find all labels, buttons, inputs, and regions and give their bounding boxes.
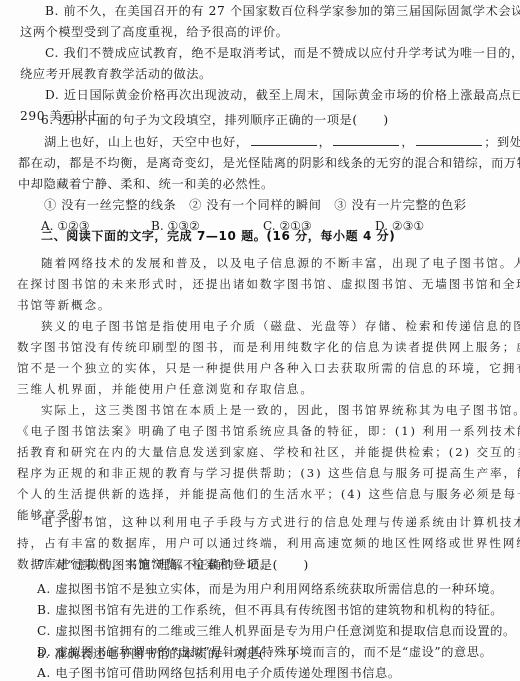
reading-p1-line1: 随着网络技术的发展和普及，以及电子信息源的不断丰富，出现了电子图书馆。人们: [41, 255, 520, 271]
reading-p2-line2: 数字图书馆没有传统印刷型的图书，而是利用纯数字化的信息为读者提供网上服务；虚拟图…: [17, 339, 520, 355]
q7-stem: 7. 对“虚拟的图书馆”理解不正确的一项是( ): [37, 557, 309, 573]
q5-option-c-line2: 绕应考开展教育教学活动的做法。: [20, 66, 212, 82]
section-heading: 二、阅读下面的文字，完成 7—10 题。(16 分，每小题 4 分): [41, 228, 395, 244]
q6-passage-line1: 湖上也好，山上也好，天空中也好，，，；到处: [44, 134, 520, 150]
q6-sentences: ① 没有一丝完整的线条 ② 没有一个同样的瞬间 ③ 没有一片完整的色彩: [44, 197, 467, 213]
exam-page: B. 前不久，在美国召开的有 27 个国家数百位科学家参加的第三届国际固氮学术会…: [0, 0, 520, 681]
reading-p2-line3: 馆不是一个独立的实体，只是一种提供用户各种入口去获取所需的信息的环境，它拥有二维…: [17, 360, 520, 376]
fill-blank-3[interactable]: [416, 134, 482, 146]
q8-stem: 8. 准确表述电子图书馆的本质的一项是( ): [37, 646, 295, 662]
q5-option-b-line1: B. 前不久，在美国召开的有 27 个国家数百位科学家参加的第三届国际固氮学术会…: [45, 3, 520, 19]
q7-option-a: A. 虚拟图书馆不是独立实体，而是为用户利用网络系统获取所需信息的一种环境。: [37, 581, 503, 597]
reading-p2-line4: 三维人机界面，并能使用户任意浏览和存取信息。: [17, 381, 314, 397]
reading-p3-line2: 《电子图书馆法案》明确了电子图书馆系统应具备的特征，即：(1) 利用一系列技术能…: [17, 423, 520, 439]
fill-blank-2[interactable]: [333, 134, 399, 146]
reading-p1-line2: 在探讨图书馆的未来形式时，还提出诸如数字图书馆、虚拟图书馆、无墙图书馆和全球图: [17, 276, 520, 292]
reading-p3-line5: 个人的生活提供新的选择，并能提高他们的生活水平；(4) 这些信息与服务必须是每一…: [17, 486, 520, 502]
q5-option-b-line2: 这两个模型受到了高度重视，给予很高的评价。: [20, 24, 289, 40]
q8-option-a: A. 电子图书馆可借助网络包括利用电子介质传递处理图书信息。: [37, 665, 401, 681]
reading-p4-line1: 电子图书馆，这种以利用电子手段与方式进行的信息处理与传递系统由计算机技术做支: [41, 514, 520, 530]
q6-passage-end: ；到处: [484, 135, 520, 149]
q6-passage-line3: 中却隐藏着宁静、柔和、统一和美的必然性。: [18, 176, 274, 192]
reading-p2-line1: 狭义的电子图书馆是指使用电子介质（磁盘、光盘等）存储、检索和传递信息的图书馆；: [41, 318, 520, 334]
q6-stem-wrapper: 6. 选用下面的句子为文段填空，排列顺序正确的一项是( ): [41, 112, 389, 128]
reading-p3-line3: 括教育和研究在内的大量信息发送到家庭、学校和社区，并能提供检索；(2) 交互的多…: [17, 444, 520, 460]
comma: ，: [319, 135, 332, 149]
reading-p3-line1: 实际上，这三类图书馆在本质上是一致的，因此，图书馆界统称其为电子图书馆。美国: [41, 402, 520, 418]
q5-option-c-line1: C. 我们不赞成应试教育，绝不是取消考试，而是不赞成以应付升学考试为唯一目的，围: [45, 45, 520, 61]
reading-p4-line2: 持，占有丰富的数据库，用户可以通过终端，利用高速宽频的地区性网络或世界性网络对远…: [17, 535, 520, 551]
reading-p3-line4: 程序为正规的和非正规的教育与学习提供帮助；(3) 这些信息与服务可提高生产率，能…: [17, 465, 520, 481]
q7-option-c: C. 虚拟图书馆拥有的二维或三维人机界面是专为用户任意浏览和提取信息而设置的。: [37, 623, 516, 639]
q6-passage-start: 湖上也好，山上也好，天空中也好，: [44, 135, 249, 149]
fill-blank-1[interactable]: [251, 134, 317, 146]
comma: ，: [401, 135, 414, 149]
q6-stem: 6. 选用下面的句子为文段填空，排列顺序正确的一项是( ): [41, 113, 389, 127]
q7-option-b: B. 虚拟图书馆有先进的工作系统，但不再具有传统图书馆的建筑物和机构的特征。: [37, 602, 503, 618]
q6-passage-line2: 都在动，都是不均衡，是离奇变幻，是光怪陆离的阴影和线条的无穷的混合和错综，而万物…: [18, 155, 520, 171]
q5-option-d-line1: D. 近日国际黄金价格再次出现波动，截至上周末，国际黄金市场的价格上涨最高点已达: [45, 87, 520, 103]
reading-p1-line3: 书馆等新概念。: [17, 297, 111, 313]
